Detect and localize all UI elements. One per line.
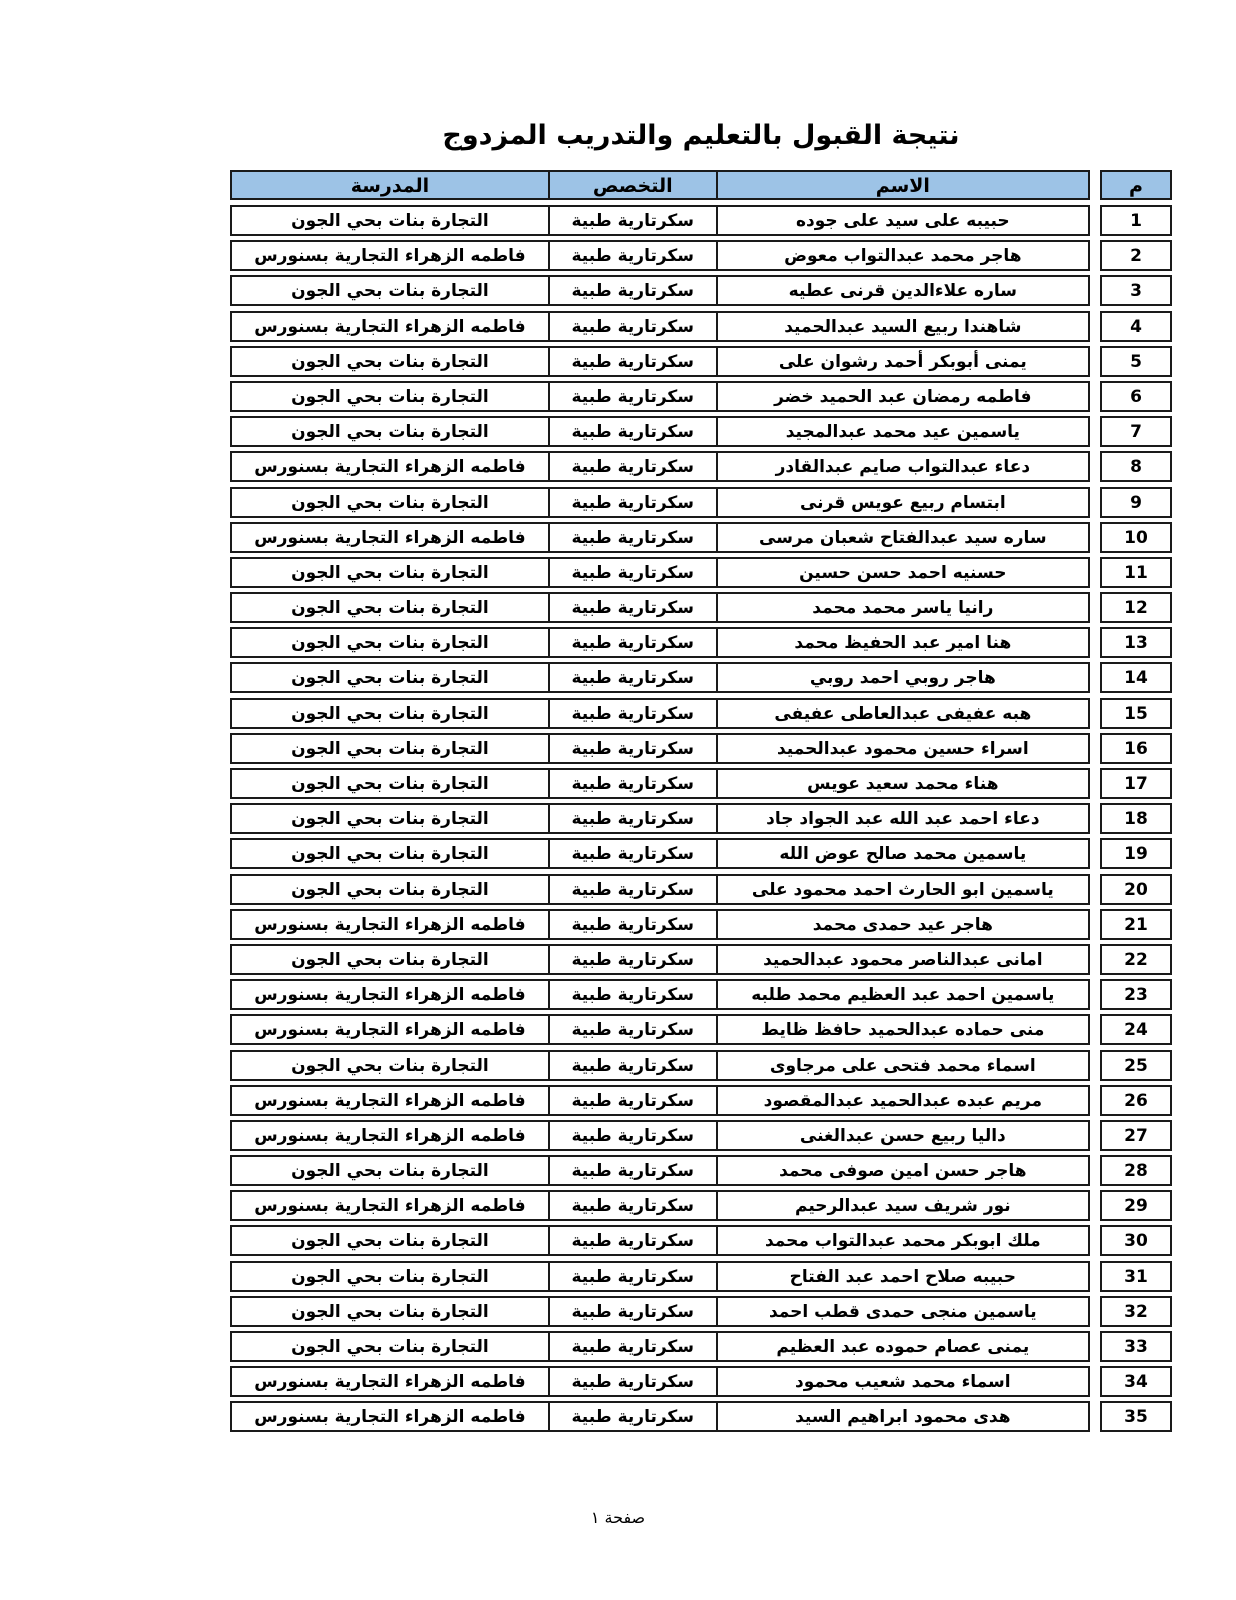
specialization: سكرتارية طبية: [548, 876, 716, 903]
specialization: سكرتارية طبية: [548, 1368, 716, 1395]
student-name: هاجر روبي احمد روبي: [716, 664, 1088, 691]
row-number: 4: [1100, 311, 1172, 342]
row-number: 19: [1100, 838, 1172, 869]
header-name: الاسم: [716, 172, 1088, 198]
row-main-box: مريم عبده عبدالحميد عبدالمقصود سكرتارية …: [230, 1085, 1090, 1116]
school: فاطمه الزهراء التجارية بسنورس: [232, 1192, 548, 1219]
row-number: 28: [1100, 1155, 1172, 1186]
student-name: اسراء حسين محمود عبدالحميد: [716, 735, 1088, 762]
row-number: 22: [1100, 944, 1172, 975]
school: التجارة بنات بحي الجون: [232, 840, 548, 867]
row-number: 15: [1100, 698, 1172, 729]
row-main-box: هناء محمد سعيد عويس سكرتارية طبية التجار…: [230, 768, 1090, 799]
row-main-box: رانيا ياسر محمد محمد سكرتارية طبية التجا…: [230, 592, 1090, 623]
table-row: 18 دعاء احمد عبد الله عبد الجواد جاد سكر…: [230, 803, 1172, 834]
student-name: حبيبه على سيد على جوده: [716, 207, 1088, 234]
school: التجارة بنات بحي الجون: [232, 594, 548, 621]
school: فاطمه الزهراء التجارية بسنورس: [232, 524, 548, 551]
row-main-box: ابتسام ربيع عويس قرنى سكرتارية طبية التج…: [230, 487, 1090, 518]
row-number: 25: [1100, 1050, 1172, 1081]
row-main-box: ياسمين عيد محمد عبدالمجيد سكرتارية طبية …: [230, 416, 1090, 447]
table-row: 23 ياسمين احمد عبد العظيم محمد طلبه سكرت…: [230, 979, 1172, 1010]
table-row: 8 دعاء عبدالتواب صايم عبدالقادر سكرتارية…: [230, 451, 1172, 482]
row-number: 35: [1100, 1401, 1172, 1432]
student-name: هدى محمود ابراهيم السيد: [716, 1403, 1088, 1430]
student-name: يمنى عصام حموده عبد العظيم: [716, 1333, 1088, 1360]
row-number: 7: [1100, 416, 1172, 447]
specialization: سكرتارية طبية: [548, 911, 716, 938]
specialization: سكرتارية طبية: [548, 313, 716, 340]
school: التجارة بنات بحي الجون: [232, 700, 548, 727]
row-number: 24: [1100, 1014, 1172, 1045]
table-row: 31 حبيبه صلاح احمد عبد الفتاح سكرتارية ط…: [230, 1261, 1172, 1292]
student-name: مريم عبده عبدالحميد عبدالمقصود: [716, 1087, 1088, 1114]
row-number: 10: [1100, 522, 1172, 553]
school: التجارة بنات بحي الجون: [232, 876, 548, 903]
student-name: ساره علاءالدين قرنى عطيه: [716, 277, 1088, 304]
table-row: 7 ياسمين عيد محمد عبدالمجيد سكرتارية طبي…: [230, 416, 1172, 447]
table-row: 9 ابتسام ربيع عويس قرنى سكرتارية طبية ال…: [230, 487, 1172, 518]
specialization: سكرتارية طبية: [548, 840, 716, 867]
school: التجارة بنات بحي الجون: [232, 348, 548, 375]
specialization: سكرتارية طبية: [548, 735, 716, 762]
student-name: ابتسام ربيع عويس قرنى: [716, 489, 1088, 516]
row-main-box: فاطمه رمضان عبد الحميد خضر سكرتارية طبية…: [230, 381, 1090, 412]
school: فاطمه الزهراء التجارية بسنورس: [232, 453, 548, 480]
table-row: 11 حسنيه احمد حسن حسين سكرتارية طبية الت…: [230, 557, 1172, 588]
student-name: ملك ابوبكر محمد عبدالتواب محمد: [716, 1227, 1088, 1254]
school: فاطمه الزهراء التجارية بسنورس: [232, 981, 548, 1008]
row-number: 23: [1100, 979, 1172, 1010]
header-specialization: التخصص: [548, 172, 716, 198]
student-name: داليا ربيع حسن عبدالغنى: [716, 1122, 1088, 1149]
table-row: 12 رانيا ياسر محمد محمد سكرتارية طبية ال…: [230, 592, 1172, 623]
row-number: 11: [1100, 557, 1172, 588]
specialization: سكرتارية طبية: [548, 981, 716, 1008]
row-number: 2: [1100, 240, 1172, 271]
row-main-box: منى حماده عبدالحميد حافظ ظايط سكرتارية ط…: [230, 1014, 1090, 1045]
row-main-box: هاجر حسن امين صوفى محمد سكرتارية طبية ال…: [230, 1155, 1090, 1186]
school: التجارة بنات بحي الجون: [232, 629, 548, 656]
school: فاطمه الزهراء التجارية بسنورس: [232, 242, 548, 269]
student-name: امانى عبدالناصر محمود عبدالحميد: [716, 946, 1088, 973]
row-number: 30: [1100, 1225, 1172, 1256]
table-row: 28 هاجر حسن امين صوفى محمد سكرتارية طبية…: [230, 1155, 1172, 1186]
header-main-box: الاسم التخصص المدرسة: [230, 170, 1090, 200]
school: التجارة بنات بحي الجون: [232, 1052, 548, 1079]
table-row: 21 هاجر عيد حمدى محمد سكرتارية طبية فاطم…: [230, 909, 1172, 940]
table-row: 15 هبه عفيفى عبدالعاطى عفيفى سكرتارية طب…: [230, 698, 1172, 729]
row-main-box: ساره سيد عبدالفتاح شعبان مرسى سكرتارية ط…: [230, 522, 1090, 553]
specialization: سكرتارية طبية: [548, 1052, 716, 1079]
student-name: هاجر محمد عبدالتواب معوض: [716, 242, 1088, 269]
student-name: اسماء محمد فتحى على مرجاوى: [716, 1052, 1088, 1079]
student-name: ياسمين عيد محمد عبدالمجيد: [716, 418, 1088, 445]
table-row: 29 نور شريف سيد عبدالرحيم سكرتارية طبية …: [230, 1190, 1172, 1221]
row-number: 26: [1100, 1085, 1172, 1116]
row-main-box: هدى محمود ابراهيم السيد سكرتارية طبية فا…: [230, 1401, 1090, 1432]
row-number: 32: [1100, 1296, 1172, 1327]
school: فاطمه الزهراء التجارية بسنورس: [232, 1087, 548, 1114]
row-number: 9: [1100, 487, 1172, 518]
row-main-box: حسنيه احمد حسن حسين سكرتارية طبية التجار…: [230, 557, 1090, 588]
specialization: سكرتارية طبية: [548, 383, 716, 410]
row-number: 3: [1100, 275, 1172, 306]
specialization: سكرتارية طبية: [548, 805, 716, 832]
results-table: م الاسم التخصص المدرسة 1 حبيبه على سيد ع…: [230, 170, 1172, 1437]
specialization: سكرتارية طبية: [548, 946, 716, 973]
row-main-box: اسماء محمد فتحى على مرجاوى سكرتارية طبية…: [230, 1050, 1090, 1081]
row-number: 21: [1100, 909, 1172, 940]
row-main-box: اسماء محمد شعيب محمود سكرتارية طبية فاطم…: [230, 1366, 1090, 1397]
school: التجارة بنات بحي الجون: [232, 1333, 548, 1360]
student-name: حبيبه صلاح احمد عبد الفتاح: [716, 1263, 1088, 1290]
specialization: سكرتارية طبية: [548, 770, 716, 797]
row-main-box: دعاء احمد عبد الله عبد الجواد جاد سكرتار…: [230, 803, 1090, 834]
specialization: سكرتارية طبية: [548, 453, 716, 480]
row-main-box: هبه عفيفى عبدالعاطى عفيفى سكرتارية طبية …: [230, 698, 1090, 729]
specialization: سكرتارية طبية: [548, 1263, 716, 1290]
specialization: سكرتارية طبية: [548, 1157, 716, 1184]
table-row: 17 هناء محمد سعيد عويس سكرتارية طبية الت…: [230, 768, 1172, 799]
row-main-box: دعاء عبدالتواب صايم عبدالقادر سكرتارية ط…: [230, 451, 1090, 482]
row-number: 1: [1100, 205, 1172, 236]
row-number: 13: [1100, 627, 1172, 658]
school: فاطمه الزهراء التجارية بسنورس: [232, 1403, 548, 1430]
school: فاطمه الزهراء التجارية بسنورس: [232, 313, 548, 340]
school: فاطمه الزهراء التجارية بسنورس: [232, 1368, 548, 1395]
table-row: 19 ياسمين محمد صالح عوض الله سكرتارية طب…: [230, 838, 1172, 869]
table-row: 22 امانى عبدالناصر محمود عبدالحميد سكرتا…: [230, 944, 1172, 975]
school: التجارة بنات بحي الجون: [232, 1263, 548, 1290]
specialization: سكرتارية طبية: [548, 1298, 716, 1325]
student-name: ياسمين محمد صالح عوض الله: [716, 840, 1088, 867]
row-main-box: يمنى عصام حموده عبد العظيم سكرتارية طبية…: [230, 1331, 1090, 1362]
school: التجارة بنات بحي الجون: [232, 383, 548, 410]
row-main-box: ياسمين محمد صالح عوض الله سكرتارية طبية …: [230, 838, 1090, 869]
student-name: هنا امير عبد الحفيظ محمد: [716, 629, 1088, 656]
table-row: 5 يمنى أبوبكر أحمد رشوان على سكرتارية طب…: [230, 346, 1172, 377]
student-name: ساره سيد عبدالفتاح شعبان مرسى: [716, 524, 1088, 551]
row-number: 20: [1100, 874, 1172, 905]
row-main-box: حبيبه صلاح احمد عبد الفتاح سكرتارية طبية…: [230, 1261, 1090, 1292]
table-row: 30 ملك ابوبكر محمد عبدالتواب محمد سكرتار…: [230, 1225, 1172, 1256]
table-header-row: م الاسم التخصص المدرسة: [230, 170, 1172, 200]
table-row: 25 اسماء محمد فتحى على مرجاوى سكرتارية ط…: [230, 1050, 1172, 1081]
table-row: 34 اسماء محمد شعيب محمود سكرتارية طبية ف…: [230, 1366, 1172, 1397]
row-main-box: هاجر محمد عبدالتواب معوض سكرتارية طبية ف…: [230, 240, 1090, 271]
table-row: 16 اسراء حسين محمود عبدالحميد سكرتارية ط…: [230, 733, 1172, 764]
row-main-box: ملك ابوبكر محمد عبدالتواب محمد سكرتارية …: [230, 1225, 1090, 1256]
student-name: اسماء محمد شعيب محمود: [716, 1368, 1088, 1395]
specialization: سكرتارية طبية: [548, 418, 716, 445]
school: التجارة بنات بحي الجون: [232, 770, 548, 797]
row-main-box: حبيبه على سيد على جوده سكرتارية طبية الت…: [230, 205, 1090, 236]
specialization: سكرتارية طبية: [548, 1192, 716, 1219]
row-number: 34: [1100, 1366, 1172, 1397]
page-number-footer: صفحة ١: [0, 1508, 1236, 1527]
specialization: سكرتارية طبية: [548, 1016, 716, 1043]
row-main-box: ياسمين منجى حمدى قطب احمد سكرتارية طبية …: [230, 1296, 1090, 1327]
student-name: هناء محمد سعيد عويس: [716, 770, 1088, 797]
page-title: نتيجة القبول بالتعليم والتدريب المزدوج: [230, 120, 1172, 151]
table-body: 1 حبيبه على سيد على جوده سكرتارية طبية ا…: [230, 205, 1172, 1432]
row-main-box: نور شريف سيد عبدالرحيم سكرتارية طبية فاط…: [230, 1190, 1090, 1221]
school: التجارة بنات بحي الجون: [232, 489, 548, 516]
row-main-box: هنا امير عبد الحفيظ محمد سكرتارية طبية ا…: [230, 627, 1090, 658]
school: التجارة بنات بحي الجون: [232, 1227, 548, 1254]
row-main-box: داليا ربيع حسن عبدالغنى سكرتارية طبية فا…: [230, 1120, 1090, 1151]
student-name: فاطمه رمضان عبد الحميد خضر: [716, 383, 1088, 410]
table-row: 24 منى حماده عبدالحميد حافظ ظايط سكرتاري…: [230, 1014, 1172, 1045]
specialization: سكرتارية طبية: [548, 1403, 716, 1430]
table-row: 10 ساره سيد عبدالفتاح شعبان مرسى سكرتاري…: [230, 522, 1172, 553]
table-row: 32 ياسمين منجى حمدى قطب احمد سكرتارية طب…: [230, 1296, 1172, 1327]
row-number: 6: [1100, 381, 1172, 412]
row-main-box: يمنى أبوبكر أحمد رشوان على سكرتارية طبية…: [230, 346, 1090, 377]
row-main-box: شاهندا ربيع السيد عبدالحميد سكرتارية طبي…: [230, 311, 1090, 342]
school: فاطمه الزهراء التجارية بسنورس: [232, 1016, 548, 1043]
student-name: هبه عفيفى عبدالعاطى عفيفى: [716, 700, 1088, 727]
table-row: 6 فاطمه رمضان عبد الحميد خضر سكرتارية طب…: [230, 381, 1172, 412]
student-name: دعاء احمد عبد الله عبد الجواد جاد: [716, 805, 1088, 832]
school: التجارة بنات بحي الجون: [232, 418, 548, 445]
student-name: ياسمين منجى حمدى قطب احمد: [716, 1298, 1088, 1325]
table-row: 2 هاجر محمد عبدالتواب معوض سكرتارية طبية…: [230, 240, 1172, 271]
specialization: سكرتارية طبية: [548, 277, 716, 304]
row-number: 27: [1100, 1120, 1172, 1151]
school: التجارة بنات بحي الجون: [232, 559, 548, 586]
table-row: 33 يمنى عصام حموده عبد العظيم سكرتارية ط…: [230, 1331, 1172, 1362]
school: التجارة بنات بحي الجون: [232, 805, 548, 832]
specialization: سكرتارية طبية: [548, 664, 716, 691]
student-name: شاهندا ربيع السيد عبدالحميد: [716, 313, 1088, 340]
student-name: رانيا ياسر محمد محمد: [716, 594, 1088, 621]
specialization: سكرتارية طبية: [548, 559, 716, 586]
specialization: سكرتارية طبية: [548, 207, 716, 234]
row-main-box: ساره علاءالدين قرنى عطيه سكرتارية طبية ا…: [230, 275, 1090, 306]
table-row: 3 ساره علاءالدين قرنى عطيه سكرتارية طبية…: [230, 275, 1172, 306]
student-name: هاجر حسن امين صوفى محمد: [716, 1157, 1088, 1184]
student-name: ياسمين ابو الحارث احمد محمود على: [716, 876, 1088, 903]
table-row: 4 شاهندا ربيع السيد عبدالحميد سكرتارية ط…: [230, 311, 1172, 342]
row-number: 16: [1100, 733, 1172, 764]
row-number: 33: [1100, 1331, 1172, 1362]
document-page: نتيجة القبول بالتعليم والتدريب المزدوج م…: [0, 0, 1236, 1600]
school: فاطمه الزهراء التجارية بسنورس: [232, 1122, 548, 1149]
table-row: 26 مريم عبده عبدالحميد عبدالمقصود سكرتار…: [230, 1085, 1172, 1116]
specialization: سكرتارية طبية: [548, 1122, 716, 1149]
school: التجارة بنات بحي الجون: [232, 735, 548, 762]
row-number: 5: [1100, 346, 1172, 377]
specialization: سكرتارية طبية: [548, 700, 716, 727]
header-school: المدرسة: [232, 172, 548, 198]
specialization: سكرتارية طبية: [548, 1087, 716, 1114]
row-number: 12: [1100, 592, 1172, 623]
row-number: 18: [1100, 803, 1172, 834]
row-main-box: هاجر عيد حمدى محمد سكرتارية طبية فاطمه ا…: [230, 909, 1090, 940]
specialization: سكرتارية طبية: [548, 489, 716, 516]
school: التجارة بنات بحي الجون: [232, 946, 548, 973]
table-row: 35 هدى محمود ابراهيم السيد سكرتارية طبية…: [230, 1401, 1172, 1432]
school: التجارة بنات بحي الجون: [232, 1157, 548, 1184]
school: فاطمه الزهراء التجارية بسنورس: [232, 911, 548, 938]
specialization: سكرتارية طبية: [548, 594, 716, 621]
school: التجارة بنات بحي الجون: [232, 277, 548, 304]
student-name: يمنى أبوبكر أحمد رشوان على: [716, 348, 1088, 375]
header-num: م: [1100, 170, 1172, 200]
row-number: 14: [1100, 662, 1172, 693]
student-name: دعاء عبدالتواب صايم عبدالقادر: [716, 453, 1088, 480]
table-row: 13 هنا امير عبد الحفيظ محمد سكرتارية طبي…: [230, 627, 1172, 658]
student-name: ياسمين احمد عبد العظيم محمد طلبه: [716, 981, 1088, 1008]
row-number: 29: [1100, 1190, 1172, 1221]
specialization: سكرتارية طبية: [548, 1227, 716, 1254]
specialization: سكرتارية طبية: [548, 1333, 716, 1360]
row-number: 8: [1100, 451, 1172, 482]
row-main-box: امانى عبدالناصر محمود عبدالحميد سكرتارية…: [230, 944, 1090, 975]
row-main-box: هاجر روبي احمد روبي سكرتارية طبية التجار…: [230, 662, 1090, 693]
school: التجارة بنات بحي الجون: [232, 1298, 548, 1325]
row-number: 31: [1100, 1261, 1172, 1292]
student-name: نور شريف سيد عبدالرحيم: [716, 1192, 1088, 1219]
specialization: سكرتارية طبية: [548, 524, 716, 551]
specialization: سكرتارية طبية: [548, 629, 716, 656]
table-row: 27 داليا ربيع حسن عبدالغنى سكرتارية طبية…: [230, 1120, 1172, 1151]
row-main-box: ياسمين احمد عبد العظيم محمد طلبه سكرتاري…: [230, 979, 1090, 1010]
row-number: 17: [1100, 768, 1172, 799]
student-name: منى حماده عبدالحميد حافظ ظايط: [716, 1016, 1088, 1043]
school: التجارة بنات بحي الجون: [232, 664, 548, 691]
table-row: 1 حبيبه على سيد على جوده سكرتارية طبية ا…: [230, 205, 1172, 236]
specialization: سكرتارية طبية: [548, 348, 716, 375]
specialization: سكرتارية طبية: [548, 242, 716, 269]
table-row: 14 هاجر روبي احمد روبي سكرتارية طبية الت…: [230, 662, 1172, 693]
row-main-box: ياسمين ابو الحارث احمد محمود على سكرتاري…: [230, 874, 1090, 905]
table-row: 20 ياسمين ابو الحارث احمد محمود على سكرت…: [230, 874, 1172, 905]
student-name: حسنيه احمد حسن حسين: [716, 559, 1088, 586]
school: التجارة بنات بحي الجون: [232, 207, 548, 234]
student-name: هاجر عيد حمدى محمد: [716, 911, 1088, 938]
row-main-box: اسراء حسين محمود عبدالحميد سكرتارية طبية…: [230, 733, 1090, 764]
